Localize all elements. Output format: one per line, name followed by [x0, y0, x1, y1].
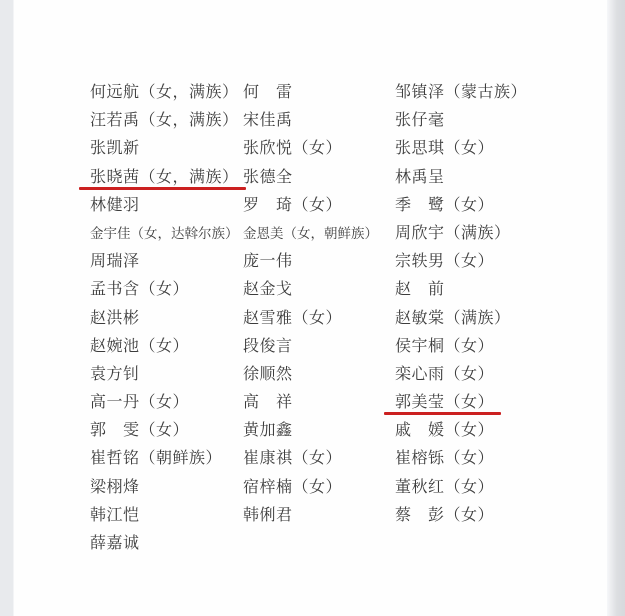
- name-entry: 宋佳禹: [243, 107, 293, 135]
- name-column-1: 何远航（女，满族）汪若禹（女，满族）张凯新张晓茜（女，满族）林健羽金宇佳（女，达…: [90, 79, 239, 558]
- name-entry: 罗 琦（女）: [243, 192, 342, 220]
- name-entry: 韩江恺: [90, 502, 140, 530]
- page-right-edge: [607, 0, 625, 616]
- name-entry: 林禹呈: [395, 164, 445, 192]
- name-entry: 梁栩烽: [90, 474, 140, 502]
- name-entry: 邹镇泽（蒙古族）: [395, 79, 527, 107]
- name-entry: 孟书含（女）: [90, 276, 189, 304]
- name-entry: 黄加鑫: [243, 417, 293, 445]
- name-entry: 张仔毫: [395, 107, 445, 135]
- name-entry: 郭美莹（女）: [395, 389, 494, 417]
- name-entry: 栾心雨（女）: [395, 361, 494, 389]
- name-entry: 汪若禹（女，满族）: [90, 107, 239, 135]
- name-entry: 赵洪彬: [90, 305, 140, 333]
- red-underline-annotation: [79, 187, 246, 190]
- name-entry: 赵婉池（女）: [90, 333, 189, 361]
- name-entry: 何远航（女，满族）: [90, 79, 239, 107]
- name-entry: 蔡 彭（女）: [395, 502, 494, 530]
- name-entry: 赵敏棠（满族）: [395, 305, 511, 333]
- name-entry: 庞一伟: [243, 248, 293, 276]
- name-entry: 季 鹭（女）: [395, 192, 494, 220]
- name-entry: 林健羽: [90, 192, 140, 220]
- name-entry: 崔康祺（女）: [243, 445, 342, 473]
- name-entry: 崔哲铭（朝鲜族）: [90, 445, 222, 473]
- name-entry: 宗轶男（女）: [395, 248, 494, 276]
- name-entry: 张凯新: [90, 135, 140, 163]
- name-column-3: 邹镇泽（蒙古族）张仔毫张思琪（女）林禹呈季 鹭（女）周欣宇（满族）宗轶男（女）赵…: [395, 79, 527, 530]
- name-entry: 段俊言: [243, 333, 293, 361]
- name-entry: 赵金戈: [243, 276, 293, 304]
- name-entry: 金恩美（女，朝鲜族）: [243, 220, 378, 248]
- name-entry: 戚 媛（女）: [395, 417, 494, 445]
- red-underline-annotation: [384, 412, 501, 415]
- name-entry: 周瑞泽: [90, 248, 140, 276]
- name-entry: 赵雪雅（女）: [243, 305, 342, 333]
- name-entry: 徐顺然: [243, 361, 293, 389]
- name-entry: 高 祥: [243, 389, 293, 417]
- name-entry: 崔榕铄（女）: [395, 445, 494, 473]
- name-entry: 何 雷: [243, 79, 293, 107]
- page-left-edge: [0, 0, 14, 616]
- name-entry: 张德全: [243, 164, 293, 192]
- name-entry: 韩俐君: [243, 502, 293, 530]
- name-column-2: 何 雷宋佳禹张欣悦（女）张德全罗 琦（女）金恩美（女，朝鲜族）庞一伟赵金戈赵雪雅…: [243, 79, 378, 530]
- name-entry: 薛嘉诚: [90, 530, 140, 558]
- document-viewport: 何远航（女，满族）汪若禹（女，满族）张凯新张晓茜（女，满族）林健羽金宇佳（女，达…: [0, 0, 625, 616]
- name-entry: 袁方钊: [90, 361, 140, 389]
- name-entry: 周欣宇（满族）: [395, 220, 511, 248]
- name-entry: 侯宇桐（女）: [395, 333, 494, 361]
- name-entry: 高一丹（女）: [90, 389, 189, 417]
- name-entry: 董秋红（女）: [395, 474, 494, 502]
- name-entry: 张思琪（女）: [395, 135, 494, 163]
- name-entry: 金宇佳（女，达斡尔族）: [90, 220, 239, 248]
- name-entry: 张晓茜（女，满族）: [90, 164, 239, 192]
- name-entry: 张欣悦（女）: [243, 135, 342, 163]
- name-entry: 宿梓楠（女）: [243, 474, 342, 502]
- name-entry: 郭 雯（女）: [90, 417, 189, 445]
- name-entry: 赵 前: [395, 276, 445, 304]
